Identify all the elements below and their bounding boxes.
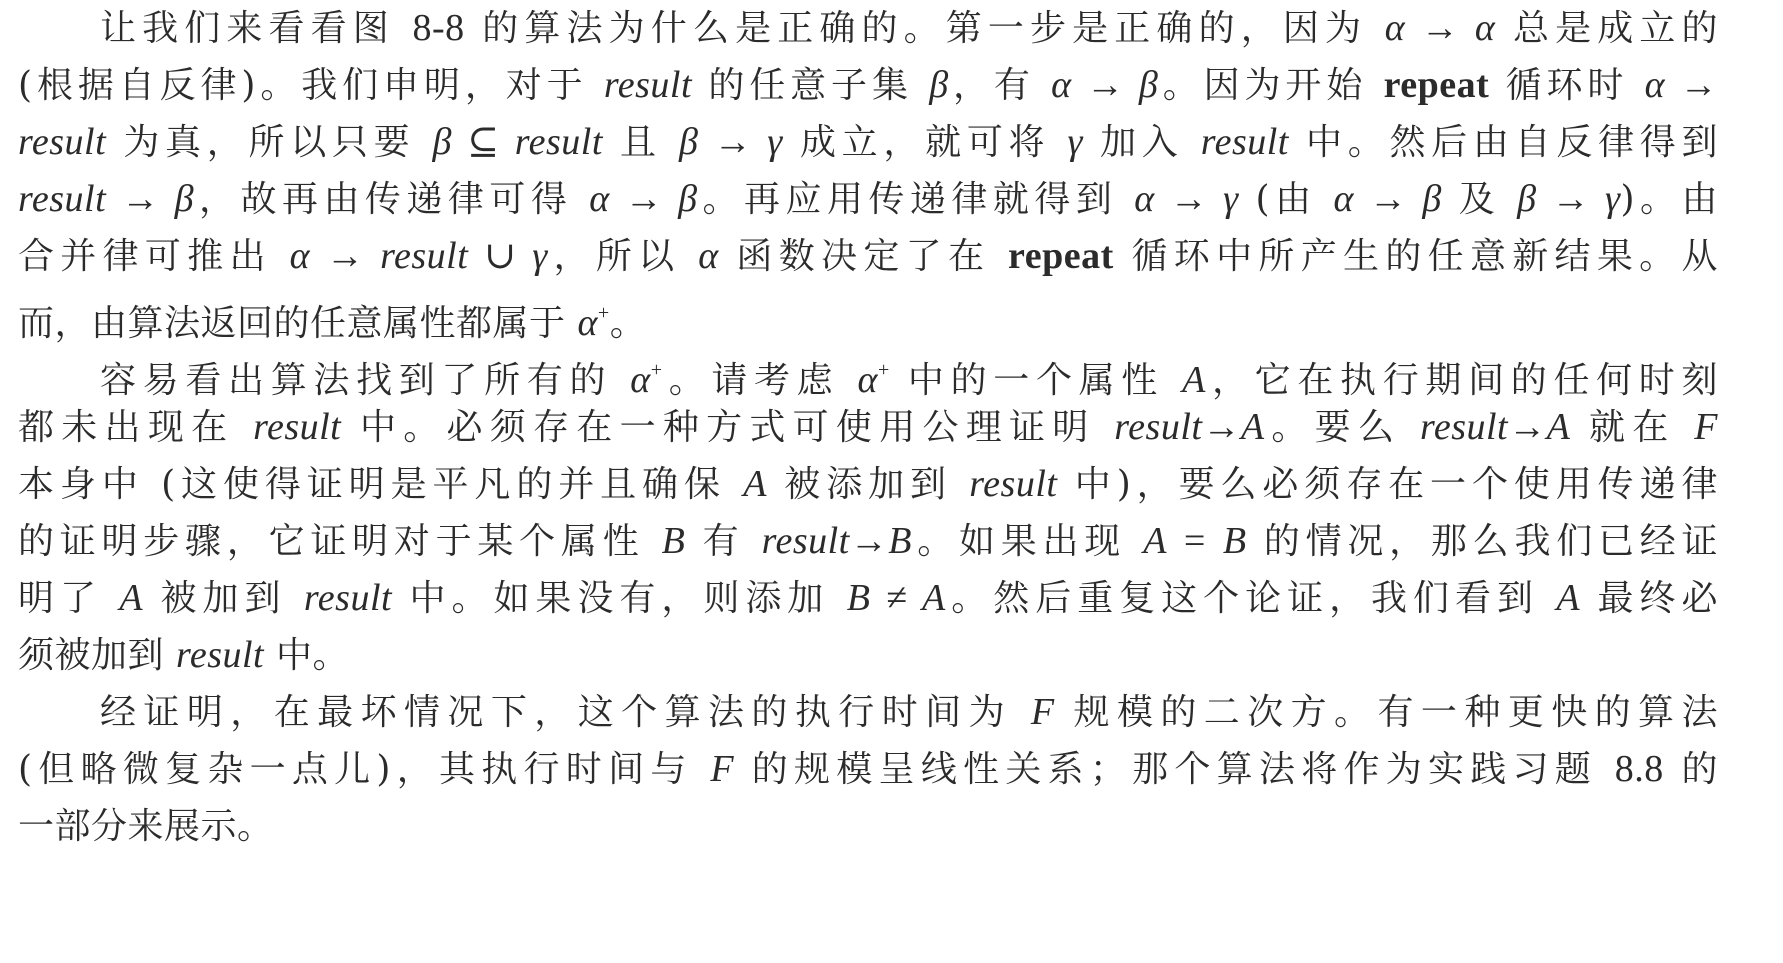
- text-run: 。: [610, 303, 647, 344]
- text-run: 中的一个属性: [890, 360, 1182, 401]
- math-run: β → γ: [1517, 178, 1620, 220]
- math-run: result: [176, 634, 264, 676]
- text-run: 循环时: [1489, 65, 1644, 106]
- text-run: 一部分来展示。: [18, 806, 274, 847]
- text-run: 。然后重复这个论证，我们看到: [946, 578, 1557, 619]
- text-run: 。要么: [1265, 407, 1420, 448]
- text-line: 本身中 (这使得证明是平凡的并且确保 A 被添加到 result 中)，要么必须…: [18, 456, 1718, 513]
- text-run: ，它在执行期间的任何时刻: [1206, 360, 1718, 401]
- text-line: 都未出现在 result 中。必须存在一种方式可使用公理证明 result→A。…: [18, 399, 1718, 456]
- text-run: 本身中 (这使得证明是平凡的并且确保: [18, 464, 743, 505]
- math-run: α →: [1645, 64, 1718, 106]
- math-run: β → γ: [679, 121, 783, 163]
- math-run: α: [858, 359, 878, 401]
- text-run: 及: [1442, 179, 1517, 220]
- superscript: +: [598, 302, 610, 324]
- text-run: (但略微复杂一点儿)，其执行时间与: [18, 749, 710, 790]
- math-run: B ≠ A: [847, 577, 946, 619]
- text-run: (由: [1239, 179, 1334, 220]
- math-run: F: [710, 748, 734, 790]
- math-run: γ: [1067, 121, 1082, 163]
- keyword: repeat: [1008, 235, 1114, 277]
- math-run: A: [743, 463, 767, 505]
- text-line: 让我们来看看图 8-8 的算法为什么是正确的。第一步是正确的，因为 α → α …: [100, 0, 1718, 57]
- text-run: 经证明，在最坏情况下，这个算法的执行时间为: [100, 692, 1031, 733]
- math-run: result: [604, 64, 692, 106]
- text-run: 总是成立的: [1495, 8, 1718, 49]
- text-run: 的证明步骤，它证明对于某个属性: [18, 521, 662, 562]
- math-run: A: [1556, 577, 1580, 619]
- superscript: +: [878, 359, 890, 381]
- math-run: result: [1201, 121, 1289, 163]
- text-run: ，有: [949, 65, 1052, 106]
- math-run: F: [1694, 406, 1718, 448]
- text-line: 合并律可推出 α → result ∪ γ，所以 α 函数决定了在 repeat…: [18, 228, 1718, 285]
- text-run: 合并律可推出: [18, 236, 290, 277]
- text-run: 让我们来看看图: [100, 8, 413, 49]
- math-run: α → β: [1051, 64, 1158, 106]
- text-line: 明了 A 被加到 result 中。如果没有，则添加 B ≠ A。然后重复这个论…: [18, 570, 1718, 627]
- text-run: 规模的二次方。有一种更快的算法: [1055, 692, 1718, 733]
- text-run: 都未出现在: [18, 407, 253, 448]
- math-run: result: [253, 406, 341, 448]
- math-run: F: [1031, 691, 1055, 733]
- text-run: 且: [603, 122, 679, 163]
- text-line: 经证明，在最坏情况下，这个算法的执行时间为 F 规模的二次方。有一种更快的算法: [100, 684, 1718, 741]
- text-run: 的算法为什么是正确的。第一步是正确的，因为: [465, 8, 1385, 49]
- text-run: 而，由算法返回的任意属性都属于: [18, 303, 577, 344]
- math-run: result→B: [762, 520, 912, 562]
- text-run: 明了: [18, 578, 119, 619]
- math-run: result→A: [1114, 406, 1264, 448]
- text-line: (但略微复杂一点儿)，其执行时间与 F 的规模呈线性关系；那个算法将作为实践习题…: [18, 741, 1718, 798]
- math-run: A: [1182, 359, 1206, 401]
- math-run: A: [119, 577, 143, 619]
- text-line: 而，由算法返回的任意属性都属于 α+。: [18, 285, 646, 342]
- text-run: 的情况，那么我们已经证: [1247, 521, 1718, 562]
- text-run: 。如果出现: [912, 521, 1143, 562]
- text-line: result 为真，所以只要 β ⊆ result 且 β → γ 成立，就可将…: [18, 114, 1718, 171]
- text-run: 被添加到: [767, 464, 969, 505]
- text-run: 。请考虑: [663, 360, 858, 401]
- math-run: result: [969, 463, 1057, 505]
- text-line: 容易看出算法找到了所有的 α+。请考虑 α+ 中的一个属性 A，它在执行期间的任…: [100, 342, 1718, 399]
- math-run: B: [662, 520, 686, 562]
- math-run: α → β: [589, 178, 697, 220]
- text-run: 中。必须存在一种方式可使用公理证明: [341, 407, 1114, 448]
- text-line: 的证明步骤，它证明对于某个属性 B 有 result→B。如果出现 A = B …: [18, 513, 1718, 570]
- text-run: ，所以: [548, 236, 698, 277]
- math-run: result → β: [18, 178, 194, 220]
- text-run: 的: [1664, 749, 1718, 790]
- keyword: repeat: [1384, 64, 1490, 106]
- math-run: 8.8: [1615, 748, 1664, 790]
- superscript: +: [651, 359, 663, 381]
- text-run: 为真，所以只要: [106, 122, 432, 163]
- text-run: 函数决定了在: [719, 236, 1008, 277]
- math-run: result: [18, 121, 106, 163]
- math-run: α: [698, 235, 718, 277]
- math-run: β ⊆ result: [433, 121, 603, 163]
- text-line: 一部分来展示。: [18, 798, 274, 855]
- math-run: α → α: [1385, 7, 1496, 49]
- math-run: α → result ∪ γ: [290, 235, 548, 277]
- math-run: result: [304, 577, 392, 619]
- math-run: α → β: [1333, 178, 1441, 220]
- math-run: result→A: [1420, 406, 1570, 448]
- text-run: 容易看出算法找到了所有的: [100, 360, 630, 401]
- text-run: (根据自反律)。我们申明，对于: [18, 65, 604, 106]
- text-run: 加入: [1083, 122, 1201, 163]
- text-run: )。由: [1621, 179, 1719, 220]
- math-run: β: [929, 64, 948, 106]
- text-run: 就在: [1570, 407, 1694, 448]
- math-run: A = B: [1143, 520, 1246, 562]
- text-run: 。因为开始: [1158, 65, 1383, 106]
- text-line: (根据自反律)。我们申明，对于 result 的任意子集 β，有 α → β。因…: [18, 57, 1718, 114]
- math-run: α: [630, 359, 650, 401]
- text-line: result → β，故再由传递律可得 α → β。再应用传递律就得到 α → …: [18, 171, 1718, 228]
- math-run: α → γ: [1134, 178, 1238, 220]
- text-run: 。再应用传递律就得到: [698, 179, 1135, 220]
- math-run: α: [577, 302, 597, 344]
- text-run: 须被加到: [18, 635, 176, 676]
- text-run: 的规模呈线性关系；那个算法将作为实践习题: [734, 749, 1615, 790]
- text-run: 中)，要么必须存在一个使用传递律: [1057, 464, 1718, 505]
- text-line: 须被加到 result 中。: [18, 627, 349, 684]
- text-run: 中。然后由自反律得到: [1289, 122, 1718, 163]
- text-run: 最终必: [1580, 578, 1718, 619]
- text-run: 成立，就可将: [783, 122, 1068, 163]
- text-run: 中。如果没有，则添加: [392, 578, 847, 619]
- text-run: 有: [685, 521, 761, 562]
- text-run: 被加到: [143, 578, 304, 619]
- text-run: 的任意子集: [692, 65, 929, 106]
- math-run: 8-8: [413, 7, 465, 49]
- text-run: 中。: [264, 635, 349, 676]
- text-run: ，故再由传递律可得: [194, 179, 589, 220]
- text-run: 循环中所产生的任意新结果。从: [1114, 236, 1718, 277]
